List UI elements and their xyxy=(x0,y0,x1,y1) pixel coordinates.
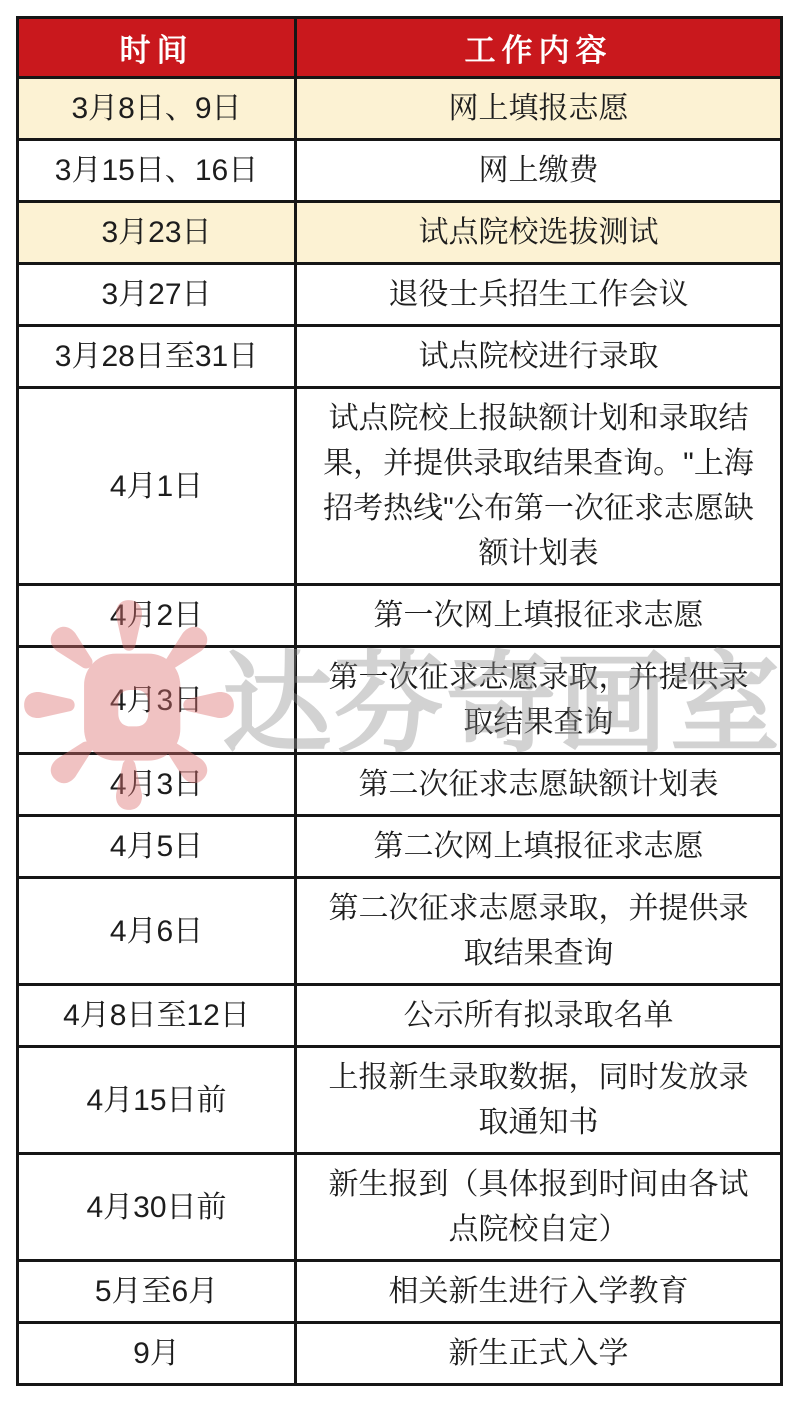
table-row: 4月1日试点院校上报缺额计划和录取结果，并提供录取结果查询。"上海招考热线"公布… xyxy=(18,388,782,585)
content-cell: 公示所有拟录取名单 xyxy=(296,985,782,1047)
content-cell: 试点院校选拔测试 xyxy=(296,202,782,264)
table-row: 5月至6月相关新生进行入学教育 xyxy=(18,1261,782,1323)
time-cell: 4月30日前 xyxy=(18,1154,296,1261)
time-cell: 4月5日 xyxy=(18,816,296,878)
time-cell: 3月8日、9日 xyxy=(18,78,296,140)
content-cell: 试点院校进行录取 xyxy=(296,326,782,388)
time-cell: 4月2日 xyxy=(18,585,296,647)
content-cell: 退役士兵招生工作会议 xyxy=(296,264,782,326)
schedule-screenshot-root: 时间 工作内容 3月8日、9日网上填报志愿3月15日、16日网上缴费3月23日试… xyxy=(0,0,796,1422)
time-cell: 4月15日前 xyxy=(18,1047,296,1154)
time-cell: 4月1日 xyxy=(18,388,296,585)
table-row: 4月5日第二次网上填报征求志愿 xyxy=(18,816,782,878)
content-cell: 第二次征求志愿缺额计划表 xyxy=(296,754,782,816)
table-row: 4月6日第二次征求志愿录取，并提供录取结果查询 xyxy=(18,878,782,985)
content-cell: 上报新生录取数据，同时发放录取通知书 xyxy=(296,1047,782,1154)
header-cell-time: 时间 xyxy=(18,18,296,78)
content-cell: 网上缴费 xyxy=(296,140,782,202)
content-cell: 第二次征求志愿录取，并提供录取结果查询 xyxy=(296,878,782,985)
table-row: 3月27日退役士兵招生工作会议 xyxy=(18,264,782,326)
schedule-table-body: 3月8日、9日网上填报志愿3月15日、16日网上缴费3月23日试点院校选拔测试3… xyxy=(18,78,782,1385)
content-cell: 第一次网上填报征求志愿 xyxy=(296,585,782,647)
time-cell: 5月至6月 xyxy=(18,1261,296,1323)
table-row: 9月新生正式入学 xyxy=(18,1323,782,1385)
time-cell: 4月3日 xyxy=(18,754,296,816)
table-row: 3月23日试点院校选拔测试 xyxy=(18,202,782,264)
table-row: 4月30日前新生报到（具体报到时间由各试点院校自定） xyxy=(18,1154,782,1261)
table-row: 3月8日、9日网上填报志愿 xyxy=(18,78,782,140)
time-cell: 4月3日 xyxy=(18,647,296,754)
content-cell: 第二次网上填报征求志愿 xyxy=(296,816,782,878)
time-cell: 3月15日、16日 xyxy=(18,140,296,202)
table-row: 4月3日第一次征求志愿录取，并提供录取结果查询 xyxy=(18,647,782,754)
table-row: 4月2日第一次网上填报征求志愿 xyxy=(18,585,782,647)
content-cell: 试点院校上报缺额计划和录取结果，并提供录取结果查询。"上海招考热线"公布第一次征… xyxy=(296,388,782,585)
content-cell: 第一次征求志愿录取，并提供录取结果查询 xyxy=(296,647,782,754)
content-cell: 新生报到（具体报到时间由各试点院校自定） xyxy=(296,1154,782,1261)
time-cell: 4月6日 xyxy=(18,878,296,985)
time-cell: 3月28日至31日 xyxy=(18,326,296,388)
table-row: 4月8日至12日公示所有拟录取名单 xyxy=(18,985,782,1047)
table-row: 4月3日第二次征求志愿缺额计划表 xyxy=(18,754,782,816)
content-cell: 网上填报志愿 xyxy=(296,78,782,140)
header-cell-content: 工作内容 xyxy=(296,18,782,78)
content-cell: 相关新生进行入学教育 xyxy=(296,1261,782,1323)
table-row: 4月15日前上报新生录取数据，同时发放录取通知书 xyxy=(18,1047,782,1154)
content-cell: 新生正式入学 xyxy=(296,1323,782,1385)
table-row: 3月28日至31日试点院校进行录取 xyxy=(18,326,782,388)
header-row: 时间 工作内容 xyxy=(18,18,782,78)
time-cell: 3月27日 xyxy=(18,264,296,326)
schedule-table: 时间 工作内容 3月8日、9日网上填报志愿3月15日、16日网上缴费3月23日试… xyxy=(16,16,783,1386)
time-cell: 3月23日 xyxy=(18,202,296,264)
time-cell: 4月8日至12日 xyxy=(18,985,296,1047)
time-cell: 9月 xyxy=(18,1323,296,1385)
table-row: 3月15日、16日网上缴费 xyxy=(18,140,782,202)
